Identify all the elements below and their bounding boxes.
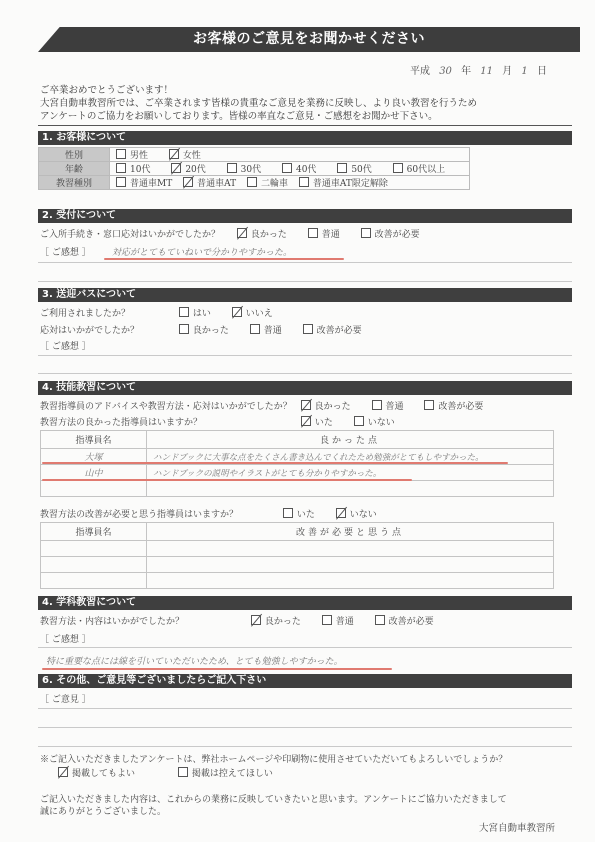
bus-used-question: ご利用されましたか？ はい いいえ <box>40 306 291 319</box>
underline-mark <box>42 479 412 481</box>
checkbox-icon[interactable] <box>179 324 189 334</box>
option-label: 40代 <box>296 165 316 175</box>
option-label: はい <box>193 309 211 319</box>
reception-comment[interactable]: 対応がとてもていねいで分かりやすかった。 <box>112 245 292 258</box>
gender-row: 性別 男性 女性 <box>39 148 470 162</box>
comment-line[interactable] <box>38 355 572 356</box>
option-label: いた <box>297 510 315 520</box>
section-4-header: 4. 技能教習について <box>38 381 572 395</box>
consent-options: 掲載してもよい 掲載は控えてほしい <box>58 767 291 780</box>
checkbox-checked-icon[interactable] <box>336 508 346 518</box>
option-no[interactable]: いいえ <box>232 306 273 319</box>
section-6-header: 6. その他、ご意見等ございましたらご記入下さい <box>38 674 572 688</box>
thanks-line: ご記入いただきました内容は、これからの業務に反映していきたいと思います。アンケー… <box>40 794 507 806</box>
improvement-instructor-table: 指導員名 改善が必要と思う点 <box>40 522 554 589</box>
checkbox-checked-icon[interactable] <box>58 767 68 777</box>
checkbox-checked-icon[interactable] <box>251 615 261 625</box>
option-label: 30代 <box>241 165 261 175</box>
bad-instructor-question: 教習方法の改善が必要と思う指導員はいますか？ いた いない <box>40 507 395 520</box>
improvement-point-cell[interactable] <box>147 573 554 589</box>
option-decline-publish[interactable]: 掲載は控えてほしい <box>178 767 273 780</box>
section-2-header: 2. 受付について <box>38 209 572 223</box>
checkbox-icon[interactable] <box>247 177 257 187</box>
underline-mark <box>104 258 344 260</box>
school-signature: 大宮自動車教習所 <box>479 820 555 834</box>
date-day-unit: 日 <box>537 66 547 77</box>
option-label: 良かった <box>315 402 351 412</box>
checkbox-icon[interactable] <box>283 508 293 518</box>
date-field: 平成 30 年 11 月 1 日 <box>410 62 547 77</box>
option-needs-improvement[interactable]: 改善が必要 <box>303 323 362 336</box>
intro-line: アンケートのご協力をお願いしております。皆様の率直なご意見・ご感想をお聞かせ下さ… <box>40 110 477 123</box>
option-label: いない <box>350 510 377 520</box>
date-month[interactable]: 11 <box>480 66 493 77</box>
option-label: 改善が必要 <box>389 617 434 627</box>
checkbox-icon[interactable] <box>337 163 347 173</box>
improvement-point-cell[interactable] <box>147 541 554 557</box>
comment-line[interactable] <box>38 727 572 728</box>
option-20s[interactable]: 20代 <box>171 162 205 175</box>
option-40s[interactable]: 40代 <box>282 162 316 175</box>
option-label: いいえ <box>246 309 273 319</box>
thanks-text: ご記入いただきました内容は、これからの業務に反映していきたいと思います。アンケー… <box>40 794 507 818</box>
option-no[interactable]: いない <box>336 507 377 520</box>
option-label: 良かった <box>265 617 301 627</box>
comment-line[interactable] <box>38 708 572 709</box>
column-header-name: 指導員名 <box>41 431 147 449</box>
comment-line <box>38 647 572 648</box>
option-at[interactable]: 普通車AT <box>183 176 236 189</box>
question-text: 教習方法の良かった指導員はいますか？ <box>40 415 298 428</box>
option-good[interactable]: 良かった <box>179 323 229 336</box>
option-label: 普通 <box>322 230 340 240</box>
option-label: 男性 <box>130 151 148 161</box>
checkbox-icon[interactable] <box>354 416 364 426</box>
instructor-question: 教習指導員のアドバイスや教習方法・応対はいかがでしたか？ 良かった 普通 改善が… <box>40 399 501 412</box>
option-label: 普通 <box>264 326 282 336</box>
course-options: 普通車MT 普通車AT 二輪車 普通車AT限定解除 <box>110 176 470 190</box>
section-1-header: 1. お客様について <box>38 131 572 145</box>
comment-line[interactable] <box>38 746 572 747</box>
column-header-improvement-points: 改善が必要と思う点 <box>147 523 554 541</box>
checkbox-checked-icon[interactable] <box>169 149 179 159</box>
option-label: 20代 <box>185 165 205 175</box>
checkbox-icon[interactable] <box>250 324 260 334</box>
question-text: ご入所手続き・窓口応対はいかがでしたか？ <box>40 230 220 240</box>
option-at-limit-removal[interactable]: 普通車AT限定解除 <box>299 176 388 189</box>
option-label: 改善が必要 <box>438 402 483 412</box>
option-label: いない <box>368 418 395 428</box>
checkbox-checked-icon[interactable] <box>301 416 311 426</box>
lecture-question: 教習方法・内容はいかがでしたか？ 良かった 普通 改善が必要 <box>40 614 452 627</box>
option-10s[interactable]: 10代 <box>116 162 150 175</box>
column-header-name: 指導員名 <box>41 523 147 541</box>
consent-question: ※ご記入いただきましたアンケートは、弊社ホームページや印刷物に使用させていただい… <box>40 754 507 766</box>
checkbox-icon[interactable] <box>227 163 237 173</box>
option-30s[interactable]: 30代 <box>227 162 261 175</box>
option-good[interactable]: 良かった <box>251 614 301 627</box>
divider <box>38 125 572 126</box>
gender-label: 性別 <box>39 148 110 162</box>
checkbox-icon[interactable] <box>372 400 382 410</box>
checkbox-checked-icon[interactable] <box>301 400 311 410</box>
table-header-row: 指導員名 良かった点 <box>41 431 554 449</box>
option-normal[interactable]: 普通 <box>308 227 340 240</box>
option-label: 普通車AT <box>197 179 236 189</box>
age-row: 年齢 10代 20代 30代 40代 50代 60代以上 <box>39 162 470 176</box>
instructor-name-cell[interactable] <box>41 541 147 557</box>
good-instructor-question: 教習方法の良かった指導員はいますか？ いた いない <box>40 415 413 428</box>
option-label: 普通車MT <box>130 179 172 189</box>
option-no[interactable]: いない <box>354 415 395 428</box>
age-options: 10代 20代 30代 40代 50代 60代以上 <box>110 162 470 176</box>
option-normal[interactable]: 普通 <box>250 323 282 336</box>
underline-mark <box>42 462 508 464</box>
option-good[interactable]: 良かった <box>301 399 351 412</box>
question-text: 教習指導員のアドバイスや教習方法・応対はいかがでしたか？ <box>40 402 292 412</box>
option-label: 普通 <box>386 402 404 412</box>
option-normal[interactable]: 普通 <box>322 614 354 627</box>
opinion-label: ［ ご意見 ］ <box>40 692 91 705</box>
instructor-name: 山中 <box>84 469 102 479</box>
option-needs-improvement[interactable]: 改善が必要 <box>375 614 434 627</box>
course-label: 教習種別 <box>39 176 110 190</box>
comment-label: ［ ご感想 ］ <box>40 339 91 352</box>
table-row <box>41 573 554 589</box>
option-male[interactable]: 男性 <box>116 148 148 161</box>
date-day[interactable]: 1 <box>521 66 527 77</box>
customer-info-table: 性別 男性 女性 年齢 10代 20代 30代 40代 50代 60代以上 教習… <box>38 147 470 190</box>
option-label: 良かった <box>251 230 287 240</box>
improvement-point-cell[interactable] <box>147 557 554 573</box>
option-label: 改善が必要 <box>317 326 362 336</box>
table-row <box>41 481 554 497</box>
comment-label: ［ ご感想 ］ <box>40 245 91 258</box>
option-label: 良かった <box>193 326 229 336</box>
checkbox-icon[interactable] <box>322 615 332 625</box>
comment-label: ［ ご感想 ］ <box>40 632 91 645</box>
good-point-text: ハンドブックの説明やイラストがとても分かりやすかった。 <box>153 469 381 479</box>
checkbox-icon[interactable] <box>116 163 126 173</box>
option-label: 10代 <box>130 165 150 175</box>
option-label: 50代 <box>351 165 371 175</box>
gender-options: 男性 女性 <box>110 148 470 162</box>
option-needs-improvement[interactable]: 改善が必要 <box>424 399 483 412</box>
date-month-unit: 月 <box>502 66 512 77</box>
checkbox-checked-icon[interactable] <box>171 163 181 173</box>
date-era: 平成 <box>410 66 430 77</box>
option-label: 普通 <box>336 617 354 627</box>
option-motorcycle[interactable]: 二輪車 <box>247 176 288 189</box>
section-5-header: 4. 学科教習について <box>38 596 572 610</box>
option-label: 掲載してもよい <box>72 769 135 779</box>
section-3-header: 3. 送迎バスについて <box>38 288 572 302</box>
option-label: 普通車AT限定解除 <box>313 179 388 189</box>
table-row <box>41 557 554 573</box>
age-label: 年齢 <box>39 162 110 176</box>
checkbox-icon[interactable] <box>393 163 403 173</box>
option-yes[interactable]: いた <box>301 415 333 428</box>
option-label: 改善が必要 <box>375 230 420 240</box>
date-year[interactable]: 30 <box>439 66 452 77</box>
good-point-cell[interactable] <box>147 481 554 497</box>
page-title: お客様のご意見をお聞かせください <box>38 27 580 52</box>
option-yes[interactable]: いた <box>283 507 315 520</box>
course-row: 教習種別 普通車MT 普通車AT 二輪車 普通車AT限定解除 <box>39 176 470 190</box>
intro-line: 大宮自動車教習所では、ご卒業されます皆様の貴重なご意見を業務に反映し、より良い教… <box>40 97 477 110</box>
intro-text: ご卒業おめでとうございます！ 大宮自動車教習所では、ご卒業されます皆様の貴重なご… <box>40 84 477 123</box>
checkbox-icon[interactable] <box>424 400 434 410</box>
checkbox-checked-icon[interactable] <box>237 228 247 238</box>
good-point-text: ハンドブックに大事な点をたくさん書き込んでくれたため勉強がとてもしやすかった。 <box>153 453 484 463</box>
checkbox-checked-icon[interactable] <box>183 177 193 187</box>
checkbox-checked-icon[interactable] <box>232 307 242 317</box>
question-text: 教習方法の改善が必要と思う指導員はいますか？ <box>40 507 280 520</box>
instructor-name-cell[interactable] <box>41 481 147 497</box>
thanks-line: 誠にありがとうございました。 <box>40 806 507 818</box>
comment-line <box>38 262 572 263</box>
question-text: 教習方法・内容はいかがでしたか？ <box>40 614 248 627</box>
checkbox-icon[interactable] <box>308 228 318 238</box>
instructor-name-cell[interactable] <box>41 557 147 573</box>
option-50s[interactable]: 50代 <box>337 162 371 175</box>
option-allow-publish[interactable]: 掲載してもよい <box>58 767 135 780</box>
underline-mark <box>42 668 392 670</box>
intro-line: ご卒業おめでとうございます！ <box>40 84 477 97</box>
option-yes[interactable]: はい <box>179 306 211 319</box>
checkbox-icon[interactable] <box>178 767 188 777</box>
option-female[interactable]: 女性 <box>169 148 201 161</box>
question-text: ご利用されましたか？ <box>40 306 176 319</box>
bus-service-question: 応対はいかがでしたか？ 良かった 普通 改善が必要 <box>40 323 380 336</box>
question-text: 応対はいかがでしたか？ <box>40 323 176 336</box>
column-header-good-points: 良かった点 <box>147 431 554 449</box>
option-label: 掲載は控えてほしい <box>192 769 273 779</box>
option-needs-improvement[interactable]: 改善が必要 <box>361 227 420 240</box>
checkbox-icon[interactable] <box>375 615 385 625</box>
option-good[interactable]: 良かった <box>237 227 287 240</box>
checkbox-icon[interactable] <box>116 149 126 159</box>
option-60s-plus[interactable]: 60代以上 <box>393 162 445 175</box>
table-row <box>41 541 554 557</box>
comment-line[interactable] <box>38 373 572 374</box>
reception-question: ご入所手続き・窓口応対はいかがでしたか？ 良かった 普通 改善が必要 <box>40 227 438 240</box>
option-normal[interactable]: 普通 <box>372 399 404 412</box>
checkbox-icon[interactable] <box>361 228 371 238</box>
instructor-name-cell[interactable] <box>41 573 147 589</box>
date-year-unit: 年 <box>461 66 471 77</box>
comment-line <box>38 281 572 282</box>
checkbox-icon[interactable] <box>179 307 189 317</box>
checkbox-icon[interactable] <box>282 163 292 173</box>
option-label: 女性 <box>183 151 201 161</box>
option-label: 二輪車 <box>261 179 288 189</box>
option-label: 60代以上 <box>407 165 445 175</box>
option-mt[interactable]: 普通車MT <box>116 176 172 189</box>
checkbox-icon[interactable] <box>116 177 126 187</box>
checkbox-icon[interactable] <box>303 324 313 334</box>
option-label: いた <box>315 418 333 428</box>
checkbox-icon[interactable] <box>299 177 309 187</box>
lecture-comment[interactable]: 特に重要な点には線を引いていただいたため、とても勉強しやすかった。 <box>46 654 343 667</box>
table-header-row: 指導員名 改善が必要と思う点 <box>41 523 554 541</box>
